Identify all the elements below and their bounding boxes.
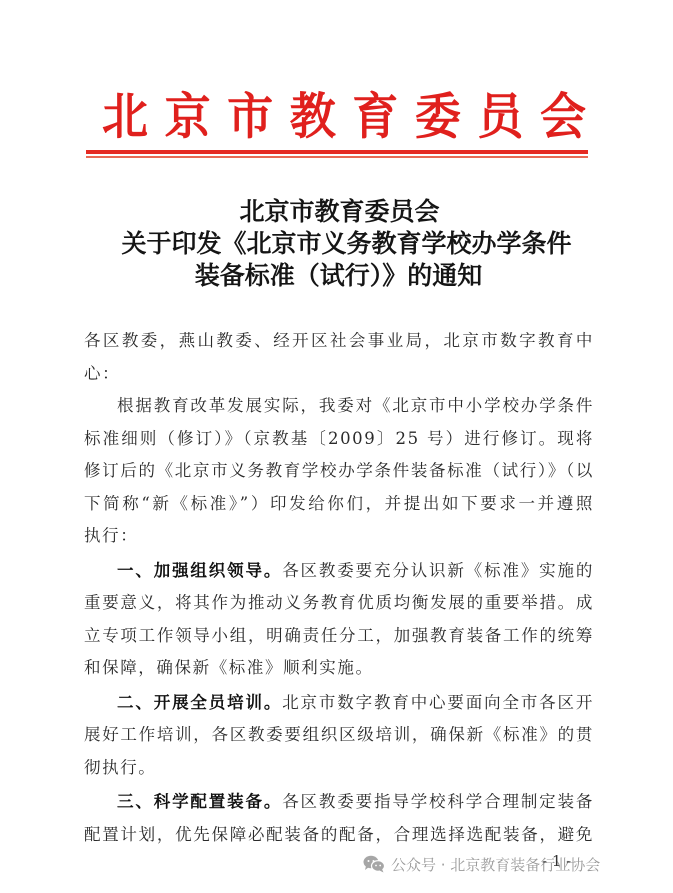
document-title: 北京市教育委员会 关于印发《北京市义务教育学校办学条件 装备标准（试行）》的通知 xyxy=(0,196,673,292)
section-heading: 二、开展全员培训。 xyxy=(117,693,282,712)
section-line: 二、开展全员培训。北京市数字教育中心要面向全市各区开 xyxy=(84,687,594,720)
title-line-2: 关于印发《北京市义务教育学校办学条件 xyxy=(0,228,673,260)
intro-line: 下简称“新《标准》”）印发给你们，并提出如下要求一并遵照 xyxy=(84,488,594,521)
section-line: 展好工作培训，各区教委要组织区级培训，确保新《标准》的贯 xyxy=(84,719,594,752)
section-line: 重要意义，将其作为推动义务教育优质均衡发展的重要举措。成 xyxy=(84,587,594,620)
letterhead-org-name: 北 京 市 教 育 委 员 会 xyxy=(80,86,590,146)
title-line-1: 北京市教育委员会 xyxy=(0,196,673,228)
salutation: 各区教委，燕山教委、经开区社会事业局，北京市数字教育中心： xyxy=(84,325,594,390)
letterhead-char: 北 xyxy=(102,84,148,149)
letterhead-char: 会 xyxy=(540,84,586,149)
section-line: 一、加强组织领导。各区教委要充分认识新《标准》实施的 xyxy=(84,555,594,588)
intro-line: 标准细则（修订）》（京教基〔2009〕25 号）进行修订。现将 xyxy=(84,423,594,456)
section-heading: 三、科学配置装备。 xyxy=(117,792,282,811)
intro-paragraph: 根据教育改革发展实际，我委对《北京市中小学校办学条件 标准细则（修订）》（京教基… xyxy=(84,390,594,553)
letterhead-char: 京 xyxy=(165,84,211,149)
letterhead-char: 员 xyxy=(477,84,523,149)
letterhead-char: 育 xyxy=(352,84,398,149)
page-number: - 1 - xyxy=(542,852,571,870)
section-text: 各区教委要指导学校科学合理制定装备 xyxy=(282,792,594,811)
letterhead-char: 委 xyxy=(415,84,461,149)
red-rule-thin xyxy=(86,156,588,158)
document-body: 各区教委，燕山教委、经开区社会事业局，北京市数字教育中心： 根据教育改革发展实际… xyxy=(84,325,594,851)
section-heading: 一、加强组织领导。 xyxy=(117,561,282,580)
section-text: 各区教委要充分认识新《标准》实施的 xyxy=(282,561,594,580)
title-line-3: 装备标准（试行）》的通知 xyxy=(0,260,673,292)
wechat-icon xyxy=(363,855,385,873)
section-line: 三、科学配置装备。各区教委要指导学校科学合理制定装备 xyxy=(84,786,594,819)
letterhead-char: 教 xyxy=(290,84,336,149)
section-line: 彻执行。 xyxy=(84,752,594,785)
section-3: 三、科学配置装备。各区教委要指导学校科学合理制定装备 配置计划，优先保障必配装备… xyxy=(84,786,594,851)
section-2: 二、开展全员培训。北京市数字教育中心要面向全市各区开 展好工作培训，各区教委要组… xyxy=(84,687,594,785)
section-text: 北京市数字教育中心要面向全市各区开 xyxy=(282,693,594,712)
intro-line: 执行： xyxy=(84,520,594,553)
letterhead-char: 市 xyxy=(227,84,273,149)
letterhead-red-rule xyxy=(86,150,588,158)
intro-line: 根据教育改革发展实际，我委对《北京市中小学校办学条件 xyxy=(84,390,594,423)
section-line: 立专项工作领导小组，明确责任分工，加强教育装备工作的统筹 xyxy=(84,620,594,653)
red-rule-thick xyxy=(86,150,588,154)
section-1: 一、加强组织领导。各区教委要充分认识新《标准》实施的 重要意义，将其作为推动义务… xyxy=(84,555,594,685)
section-line: 配置计划，优先保障必配装备的配备，合理选择选配装备，避免 xyxy=(84,819,594,852)
section-line: 和保障，确保新《标准》顺利实施。 xyxy=(84,652,594,685)
intro-line: 修订后的《北京市义务教育学校办学条件装备标准（试行）》（以 xyxy=(84,455,594,488)
